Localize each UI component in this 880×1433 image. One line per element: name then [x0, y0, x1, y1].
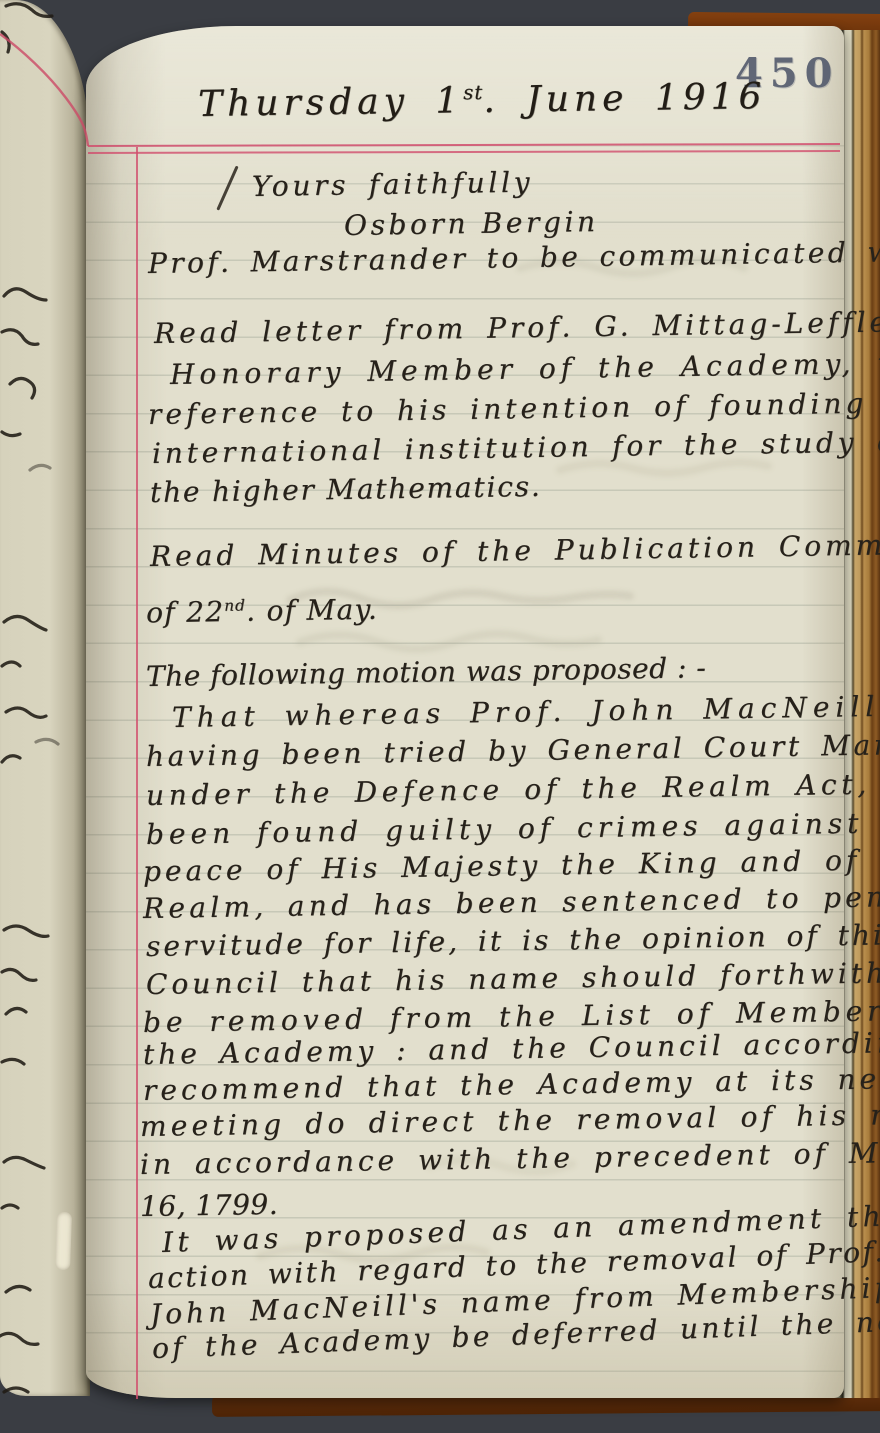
- page-shading: [86, 26, 844, 1398]
- previous-page-edge: [0, 0, 90, 1396]
- ruled-lines: [86, 108, 844, 1392]
- photographed-minute-book: 450 Thursday 1st. June 1916 Yours faithf…: [0, 0, 880, 1433]
- manuscript-page: [86, 26, 844, 1398]
- red-rule-margin-vertical: [136, 147, 138, 1399]
- binding-tape-mark: [55, 1212, 72, 1270]
